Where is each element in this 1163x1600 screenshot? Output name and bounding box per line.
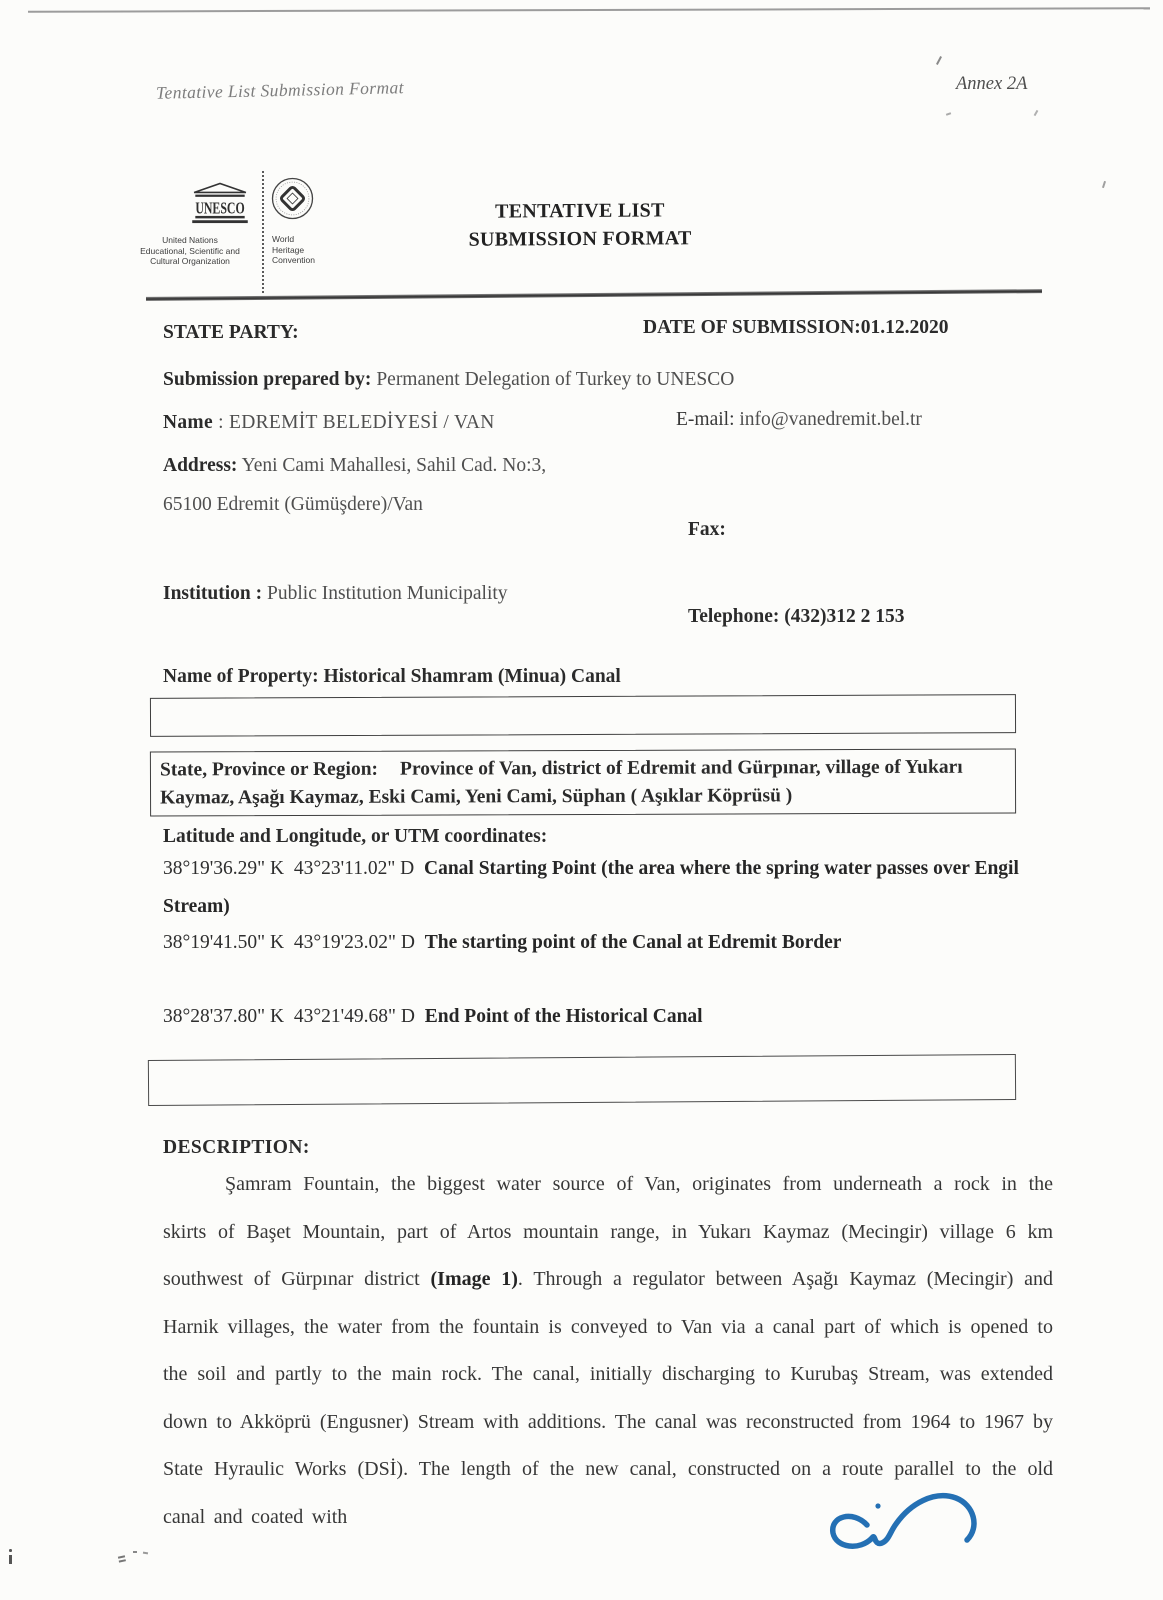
address-line2: 65100 Edremit (Gümüşdere)/Van xyxy=(163,494,423,516)
submission-prepared-by-label: Submission prepared by: xyxy=(163,369,371,390)
image-reference: (Image 1) xyxy=(431,1268,518,1290)
state-party-label: STATE PARTY: xyxy=(163,322,299,344)
email-label: E-mail: xyxy=(676,409,734,430)
empty-box xyxy=(148,1054,1016,1106)
unesco-caption-line: Cultural Organization xyxy=(126,256,254,267)
logo-divider xyxy=(262,171,264,293)
institution-row: Institution : Public Institution Municip… xyxy=(163,583,508,605)
coordinate-value: 38°19'41.50" K 43°19'23.02" D xyxy=(163,932,425,953)
world-heritage-caption: World Heritage Convention xyxy=(272,234,315,266)
unesco-caption: United Nations Educational, Scientific a… xyxy=(126,235,254,267)
wh-caption-line: World xyxy=(272,234,315,245)
institution-value: Public Institution Municipality xyxy=(267,583,508,604)
coordinate-row-2: 38°19'41.50" K 43°19'23.02" D The starti… xyxy=(163,924,1037,962)
description-heading: DESCRIPTION: xyxy=(163,1137,310,1159)
handwritten-signature xyxy=(815,1477,1025,1577)
name-label: Name xyxy=(163,412,213,433)
property-name-label: Name of Property: xyxy=(163,666,319,687)
submission-prepared-by-value: Permanent Delegation of Turkey to UNESCO xyxy=(376,369,734,390)
coordinate-row-3: 38°28'37.80" K 43°21'49.68" D End Point … xyxy=(163,998,1037,1036)
page-header-left: Tentative List Submission Format xyxy=(156,77,404,104)
date-of-submission: DATE OF SUBMISSION:01.12.2020 xyxy=(643,317,949,339)
scan-artifact xyxy=(143,1552,148,1554)
document-title: TENTATIVE LIST SUBMISSION FORMAT xyxy=(400,196,760,255)
wh-caption-line: Convention xyxy=(272,255,315,266)
scan-artifact xyxy=(9,1555,12,1564)
name-row: Name : EDREMİT BELEDİYESİ / VAN xyxy=(163,412,495,434)
unesco-logo: UNESCO xyxy=(191,177,249,232)
scan-artifact xyxy=(946,112,951,115)
property-name-value: Historical Shamram (Minua) Canal xyxy=(323,666,620,687)
world-heritage-emblem-icon xyxy=(271,177,314,220)
address-row: Address: Yeni Cami Mahallesi, Sahil Cad.… xyxy=(163,455,546,477)
wh-caption-line: Heritage xyxy=(272,245,315,256)
fax-label: Fax: xyxy=(688,519,726,541)
scan-artifact xyxy=(1034,110,1039,116)
institution-label: Institution : xyxy=(163,583,262,604)
scan-artifact xyxy=(133,1551,137,1553)
annex-label: Annex 2A xyxy=(956,74,1027,95)
address-value: Yeni Cami Mahallesi, Sahil Cad. No:3, xyxy=(242,455,547,476)
property-name-box xyxy=(150,694,1016,737)
document-title-line2: SUBMISSION FORMAT xyxy=(400,224,760,255)
scan-artifact xyxy=(1102,181,1106,188)
email-row: E-mail: info@vanedremit.bel.tr xyxy=(676,409,922,431)
signature-dot xyxy=(875,1503,880,1508)
telephone: Telephone: (432)312 2 153 xyxy=(688,606,905,628)
unesco-caption-line: Educational, Scientific and xyxy=(126,246,254,257)
address-label: Address: xyxy=(163,455,237,476)
scan-artifact xyxy=(9,1549,12,1552)
scan-artifact xyxy=(936,56,942,65)
unesco-caption-line: United Nations xyxy=(126,235,254,246)
coordinate-description: The starting point of the Canal at Edrem… xyxy=(425,932,842,953)
region-label: State, Province or Region: xyxy=(160,759,378,781)
scan-artifact-top-line xyxy=(28,7,1150,12)
coordinate-value: 38°19'36.29" K 43°23'11.02" D xyxy=(163,858,424,879)
submission-prepared-by-row: Submission prepared by: Permanent Delega… xyxy=(163,369,734,391)
coordinate-value: 38°28'37.80" K 43°21'49.68" D xyxy=(163,1006,425,1027)
scan-artifact xyxy=(118,1555,125,1558)
name-value: : EDREMİT BELEDİYESİ / VAN xyxy=(218,412,494,433)
coordinates-label: Latitude and Longitude, or UTM coordinat… xyxy=(163,826,547,848)
coordinate-row-1: 38°19'36.29" K 43°23'11.02" D Canal Star… xyxy=(163,850,1037,926)
email-value: info@vanedremit.bel.tr xyxy=(739,409,922,430)
unesco-acronym: UNESCO xyxy=(195,199,245,218)
signature-stroke xyxy=(833,1496,974,1547)
property-name-row: Name of Property: Historical Shamram (Mi… xyxy=(163,666,621,688)
header-rule xyxy=(146,289,1042,301)
document-title-line1: TENTATIVE LIST xyxy=(400,196,760,227)
coordinate-description: End Point of the Historical Canal xyxy=(425,1006,703,1027)
region-box: State, Province or Region:Province of Va… xyxy=(150,748,1016,816)
